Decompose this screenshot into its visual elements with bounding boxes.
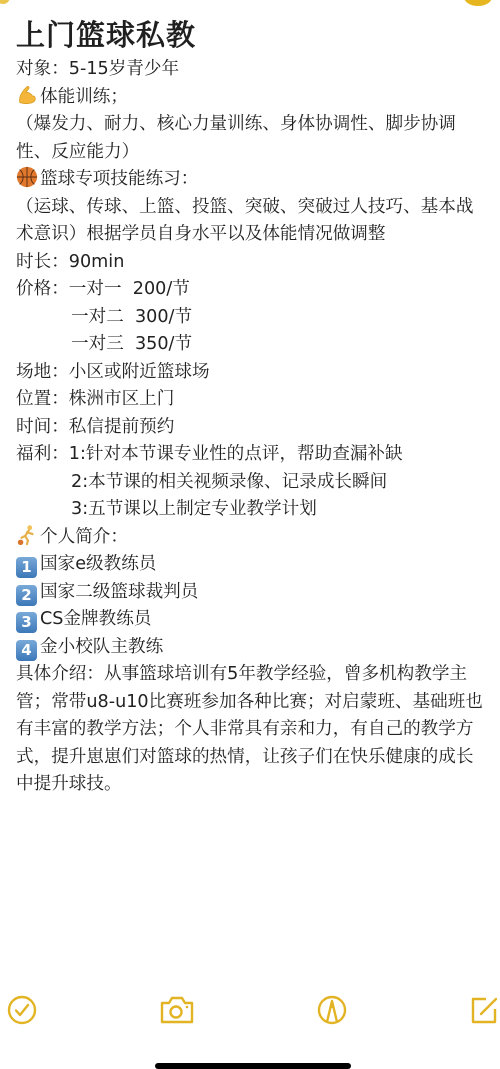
price-line-2: 一对二 300/节 <box>16 304 490 332</box>
time-line: 时间：私信提前预约 <box>16 414 490 442</box>
price-line-1: 价格：一对一 200/节 <box>16 276 490 304</box>
price-line-3: 一对三 350/节 <box>16 331 490 359</box>
checklist-button[interactable] <box>2 990 42 1030</box>
markup-button[interactable] <box>312 990 352 1030</box>
benefit-item: 1:针对本节课专业性的点评，帮助查漏补缺 <box>69 444 403 464</box>
profile-heading: 个人简介： <box>16 524 490 552</box>
fitness-detail: （爆发力、耐力、核心力量训练、身体协调性、脚步协调性、反应能力） <box>16 111 491 166</box>
duration-line: 时长：90min <box>16 249 490 277</box>
basketball-emoji-icon <box>16 166 38 188</box>
flexed-biceps-emoji-icon <box>16 84 38 106</box>
profile-heading-text: 个人简介： <box>40 527 128 547</box>
price-label: 价格： <box>16 279 69 299</box>
profile-item-text: 金小校队主教练 <box>40 637 163 657</box>
profile-item-2: 2国家二级篮球裁判员 <box>16 579 490 607</box>
intro-paragraph: 具体介绍：从事篮球培训有5年教学经验，曾多机构教学主管；常带u8-u10比赛班参… <box>16 661 491 799</box>
profile-item-text: CS金牌教练员 <box>40 609 151 629</box>
camera-button[interactable] <box>157 990 197 1030</box>
profile-item-4: 4金小校队主教练 <box>16 634 490 662</box>
fitness-heading: 体能训练； <box>16 84 490 112</box>
keycap-3-icon: 3 <box>16 612 37 633</box>
compose-icon <box>468 994 500 1026</box>
location-line: 位置：株洲市区上门 <box>16 386 490 414</box>
checkmark-circle-icon <box>6 994 38 1026</box>
benefit-line-3: 3:五节课以上制定专业教学计划 <box>16 496 490 524</box>
profile-item-1: 1国家e级教练员 <box>16 551 490 579</box>
toolbar-icon-cut-off-left <box>0 0 10 4</box>
bottom-toolbar <box>0 990 500 1030</box>
profile-item-text: 国家e级教练员 <box>40 554 156 574</box>
benefit-line-2: 2:本节课的相关视频录像、记录成长瞬间 <box>16 469 490 497</box>
keycap-4-icon: 4 <box>16 640 37 661</box>
note-body[interactable]: 上门篮球私教 对象：5-15岁青少年 体能训练； （爆发力、耐力、核心力量训练、… <box>16 14 490 799</box>
skills-detail: （运球、传球、上篮、投篮、突破、突破过人技巧、基本战术意识）根据学员自身水平以及… <box>16 194 491 249</box>
skills-heading-text: 篮球专项技能练习： <box>40 169 198 189</box>
compose-button[interactable] <box>464 990 500 1030</box>
keycap-1-icon: 1 <box>16 557 37 578</box>
benefit-line-1: 福利：1:针对本节课专业性的点评，帮助查漏补缺 <box>16 441 490 469</box>
camera-icon <box>159 995 195 1025</box>
profile-item-text: 国家二级篮球裁判员 <box>40 582 198 602</box>
toolbar-icon-cut-off-right <box>464 0 492 6</box>
venue-line: 场地：小区或附近篮球场 <box>16 359 490 387</box>
person-bouncing-ball-emoji-icon <box>16 524 38 546</box>
keycap-2-icon: 2 <box>16 585 37 606</box>
target-line: 对象：5-15岁青少年 <box>16 56 490 84</box>
pen-tip-circle-icon <box>316 994 348 1026</box>
benefits-label: 福利： <box>16 444 69 464</box>
note-title: 上门篮球私教 <box>16 14 490 56</box>
skills-heading: 篮球专项技能练习： <box>16 166 490 194</box>
profile-item-3: 3CS金牌教练员 <box>16 606 490 634</box>
home-indicator[interactable] <box>155 1063 351 1069</box>
price-item: 一对一 200/节 <box>69 279 190 299</box>
fitness-heading-text: 体能训练； <box>40 87 128 107</box>
